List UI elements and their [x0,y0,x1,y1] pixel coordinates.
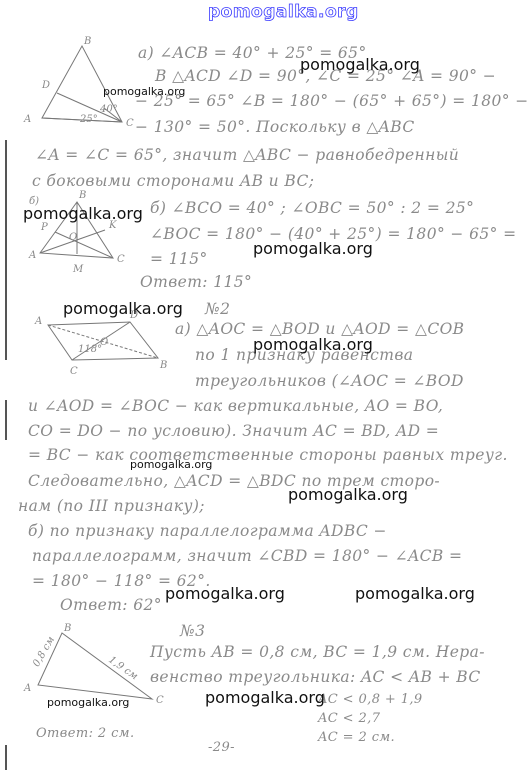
page-margin-line [5,400,7,440]
problem1-line: б) ∠BCO = 40° ; ∠OBC = 50° : 2 = 25° [150,199,474,217]
parallelogram-figure-2: A B C D O 118° [30,310,170,380]
problem2-line: параллелограмм, значит ∠CBD = 180° − ∠AC… [32,547,462,565]
problem2-line: б) по признаку параллелограмма ADBC − [28,522,387,540]
page-margin-line [5,140,7,360]
problem1-answer: Ответ: 115° [140,273,252,291]
svg-text:D: D [41,80,50,91]
svg-text:C: C [70,366,78,377]
problem1-line: с боковыми сторонами AB и BC; [32,172,314,190]
svg-text:C: C [156,695,164,706]
problem1-line: ∠A = ∠C = 65°, значит △ABC − равнобедрен… [35,146,459,164]
svg-text:A: A [23,114,31,125]
watermark: pomogalka.org [130,458,212,471]
svg-text:M: M [72,264,84,275]
svg-text:C: C [117,254,125,265]
svg-text:B: B [78,190,86,201]
problem3-answer: Ответ: 2 см. [36,726,134,741]
problem3-line: венство треугольника: AC < AB + BC [150,668,481,686]
triangle-figure-3: A B C 0,8 см 1,9 см [20,625,160,705]
svg-text:B: B [159,360,167,371]
svg-text:40°: 40° [99,104,118,115]
problem1-line: = 115° [150,250,208,268]
problem1-line: − 130° = 50°. Поскольку в △ABC [135,118,415,136]
watermark: pomogalka.org [300,55,420,74]
problem2-line: = BC − как соответственные стороны равны… [28,446,508,464]
svg-text:A: A [23,683,31,694]
svg-text:A: A [34,316,42,327]
svg-text:118°: 118° [78,344,102,355]
watermark: pomogalka.org [253,239,373,258]
svg-text:P: P [40,222,48,233]
problem3-line: AC < 2,7 [318,711,380,726]
problem1-line: − 25° = 65° ∠B = 180° − (65° + 65°) = 18… [135,92,529,110]
problem2-answer: Ответ: 62° [60,596,162,614]
site-logo[interactable]: pomogalka.org [208,2,359,22]
watermark: pomogalka.org [23,204,143,223]
svg-text:C: C [126,118,134,129]
problem3-line: AC = 2 см. [318,730,395,745]
problem2-line: нам (по III признаку); [18,497,205,515]
problem2-number: №2 [205,300,230,318]
svg-text:B: B [83,36,91,47]
problem3-line: Пусть AB = 0,8 см, BC = 1,9 см. Нера- [150,643,485,661]
problem2-line: треугольников (∠AOC = ∠BOD [195,372,464,390]
watermark: pomogalka.org [165,584,285,603]
triangle-figure-1a: B A C D 40° 25° [20,38,140,128]
svg-text:O: O [69,232,77,243]
problem3-line: AC < 0,8 + 1,9 [318,692,423,707]
svg-text:A: A [28,250,36,261]
watermark: pomogalka.org [355,584,475,603]
watermark: pomogalka.org [47,696,129,709]
svg-text:B: B [63,623,71,634]
watermark: pomogalka.org [205,688,325,707]
watermark: pomogalka.org [103,85,185,98]
problem2-line: CO = DO − по условию). Значит AC = BD, A… [28,422,439,440]
page-margin-line [5,745,7,770]
watermark: pomogalka.org [253,335,373,354]
notebook-page: pomogalka.org B A C D 40° 25° а) ∠ACB = … [0,0,530,774]
watermark: pomogalka.org [288,485,408,504]
problem2-line: и ∠AOD = ∠BOC − как вертикальные, AO = B… [28,397,443,415]
page-number: -29- [208,740,235,755]
svg-text:25°: 25° [79,114,98,125]
problem3-number: №3 [180,622,205,640]
watermark: pomogalka.org [63,299,183,318]
